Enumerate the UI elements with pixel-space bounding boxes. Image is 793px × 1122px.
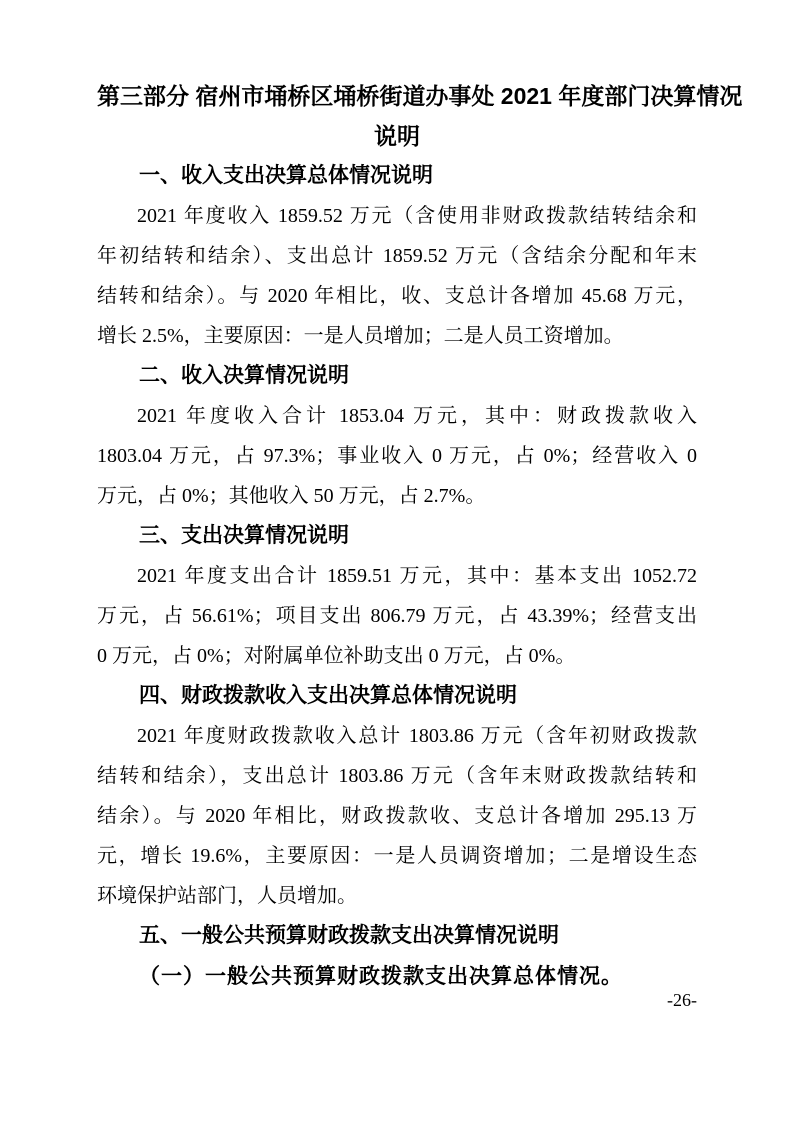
paragraph-line: 万元，占 56.61%；项目支出 806.79 万元，占 43.39%；经营支出 [97,596,697,636]
paragraph-line: 年初结转和结余）、支出总计 1859.52 万元（含结余分配和年末 [97,236,697,276]
paragraph-line: 万元，占 0%；其他收入 50 万元，占 2.7%。 [97,476,697,516]
paragraph-line: 2021 年度收入 1859.52 万元（含使用非财政拨款结转结余和 [97,196,697,236]
document-page: 第三部分 宿州市埇桥区埇桥街道办事处 2021 年度部门决算情况 说明 一、收入… [0,0,793,1122]
paragraph-line: 结转和结余），支出总计 1803.86 万元（含年末财政拨款结转和 [97,756,697,796]
section-heading-3: 三、支出决算情况说明 [97,516,697,556]
paragraph-line: 结转和结余）。与 2020 年相比，收、支总计各增加 45.68 万元， [97,276,697,316]
document-content: 第三部分 宿州市埇桥区埇桥街道办事处 2021 年度部门决算情况 说明 一、收入… [97,76,697,996]
paragraph-line: 环境保护站部门，人员增加。 [97,876,697,916]
paragraph-line: 增长 2.5%，主要原因：一是人员增加；二是人员工资增加。 [97,316,697,356]
section-subheading-5-1: （一）一般公共预算财政拨款支出决算总体情况。 [97,956,697,996]
section-paragraph-3: 2021 年度支出合计 1859.51 万元，其中：基本支出 1052.72 万… [97,556,697,676]
paragraph-line: 2021 年度收入合计 1853.04 万元，其中：财政拨款收入 [97,396,697,436]
section-paragraph-2: 2021 年度收入合计 1853.04 万元，其中：财政拨款收入 1803.04… [97,396,697,516]
document-title-line-1: 第三部分 宿州市埇桥区埇桥街道办事处 2021 年度部门决算情况 [97,76,697,116]
document-title-line-2: 说明 [97,116,697,156]
document-title: 第三部分 宿州市埇桥区埇桥街道办事处 2021 年度部门决算情况 说明 [97,76,697,156]
page-number: -26- [667,988,697,1012]
section-heading-2: 二、收入决算情况说明 [97,356,697,396]
paragraph-line: 2021 年度财政拨款收入总计 1803.86 万元（含年初财政拨款 [97,716,697,756]
paragraph-line: 2021 年度支出合计 1859.51 万元，其中：基本支出 1052.72 [97,556,697,596]
section-paragraph-1: 2021 年度收入 1859.52 万元（含使用非财政拨款结转结余和 年初结转和… [97,196,697,356]
section-heading-5: 五、一般公共预算财政拨款支出决算情况说明 [97,916,697,956]
section-heading-1: 一、收入支出决算总体情况说明 [97,156,697,196]
paragraph-line: 结余）。与 2020 年相比，财政拨款收、支总计各增加 295.13 万 [97,796,697,836]
paragraph-line: 元，增长 19.6%，主要原因：一是人员调资增加；二是增设生态 [97,836,697,876]
section-heading-4: 四、财政拨款收入支出决算总体情况说明 [97,676,697,716]
section-paragraph-4: 2021 年度财政拨款收入总计 1803.86 万元（含年初财政拨款 结转和结余… [97,716,697,916]
paragraph-line: 1803.04 万元，占 97.3%；事业收入 0 万元，占 0%；经营收入 0 [97,436,697,476]
paragraph-line: 0 万元，占 0%；对附属单位补助支出 0 万元，占 0%。 [97,636,697,676]
